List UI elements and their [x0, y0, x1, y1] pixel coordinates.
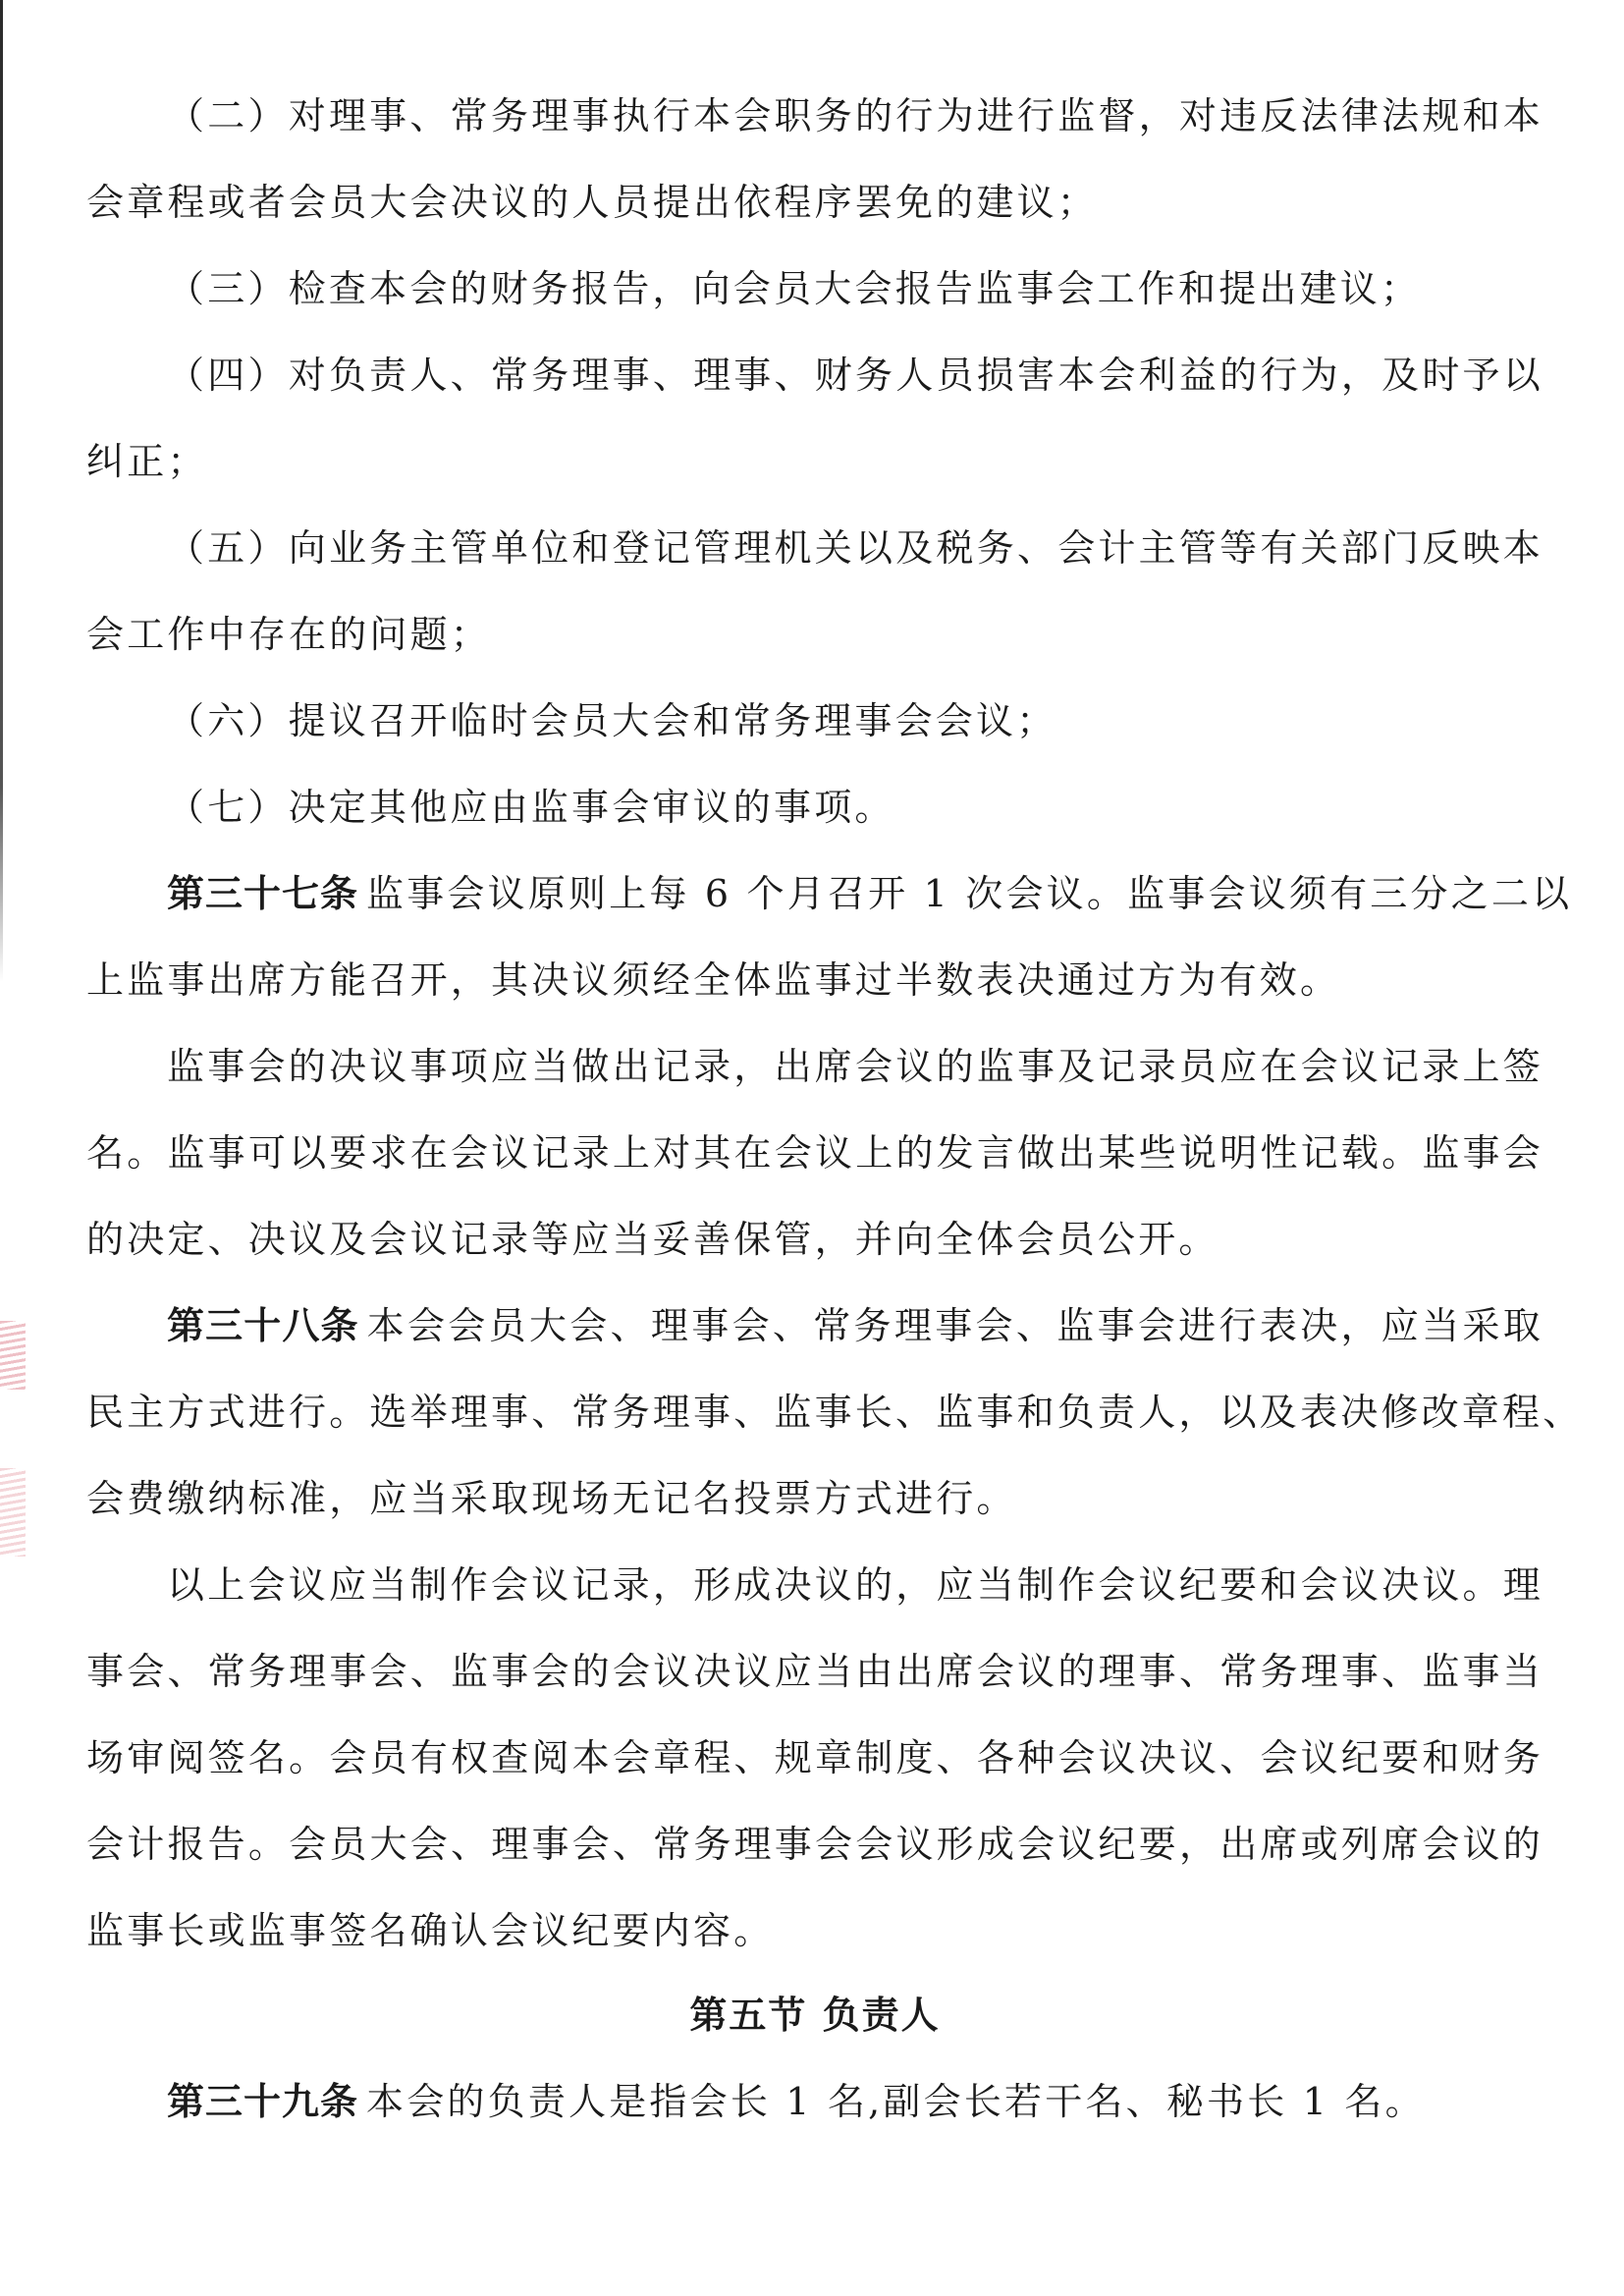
text-line: 会计报告。会员大会、理事会、常务理事会会议形成会议纪要，出席或列席会议的 — [86, 1823, 1543, 1909]
text-line: （三）检查本会的财务报告，向会员大会报告监事会工作和提出建议； — [86, 267, 1543, 354]
text-line: （二）对理事、常务理事执行本会职务的行为进行监督，对违反法律法规和本 — [86, 94, 1543, 181]
text-line: 事会、常务理事会、监事会的会议决议应当由出席会议的理事、常务理事、监事当 — [86, 1650, 1543, 1736]
text-line: 监事长或监事签名确认会议纪要内容。 — [86, 1909, 1543, 1995]
text-line: 上监事出席方能召开，其决议须经全体监事过半数表决通过方为有效。 — [86, 958, 1543, 1045]
article-number: 第三十九条 — [167, 2080, 358, 2123]
text-line: 会费缴纳标准，应当采取现场无记名投票方式进行。 — [86, 1477, 1543, 1563]
text-line: 的决定、决议及会议记录等应当妥善保管，并向全体会员公开。 — [86, 1218, 1543, 1304]
text-line: （六）提议召开临时会员大会和常务理事会会议； — [86, 699, 1543, 786]
article-number: 第三十八条 — [167, 1304, 359, 1347]
seal-stamp-fragment — [0, 1321, 26, 1390]
seal-stamp-fragment — [0, 1468, 26, 1557]
section-heading: 第五节 负责人 — [86, 1994, 1543, 2037]
text-line: 场审阅签名。会员有权查阅本会章程、规章制度、各种会议决议、会议纪要和财务 — [86, 1736, 1543, 1823]
text-line: （四）对负责人、常务理事、理事、财务人员损害本会利益的行为，及时予以 — [86, 354, 1543, 440]
article-37-line: 第三十七条监事会议原则上每 6 个月召开 1 次会议。监事会议须有三分之二以 — [86, 872, 1543, 958]
article-number: 第三十七条 — [167, 872, 358, 915]
text-line: 以上会议应当制作会议记录，形成决议的，应当制作会议纪要和会议决议。理 — [86, 1563, 1543, 1650]
text-line: 名。监事可以要求在会议记录上对其在会议上的发言做出某些说明性记载。监事会 — [86, 1131, 1543, 1218]
scan-border — [0, 0, 3, 982]
text-line: 会章程或者会员大会决议的人员提出依程序罢免的建议； — [86, 181, 1543, 267]
text-line: 监事会的决议事项应当做出记录，出席会议的监事及记录员应在会议记录上签 — [86, 1045, 1543, 1131]
text-line: 会工作中存在的问题； — [86, 613, 1543, 699]
article-39-line: 第三十九条本会的负责人是指会长 1 名,副会长若干名、秘书长 1 名。 — [86, 2080, 1543, 2166]
text-line: 民主方式进行。选举理事、常务理事、监事长、监事和负责人，以及表决修改章程、 — [86, 1391, 1543, 1477]
article-38-line: 第三十八条本会会员大会、理事会、常务理事会、监事会进行表决，应当采取 — [86, 1304, 1543, 1391]
text-line: 纠正； — [86, 440, 1543, 526]
text-line: （七）决定其他应由监事会审议的事项。 — [86, 786, 1543, 872]
text-line: （五）向业务主管单位和登记管理机关以及税务、会计主管等有关部门反映本 — [86, 526, 1543, 613]
